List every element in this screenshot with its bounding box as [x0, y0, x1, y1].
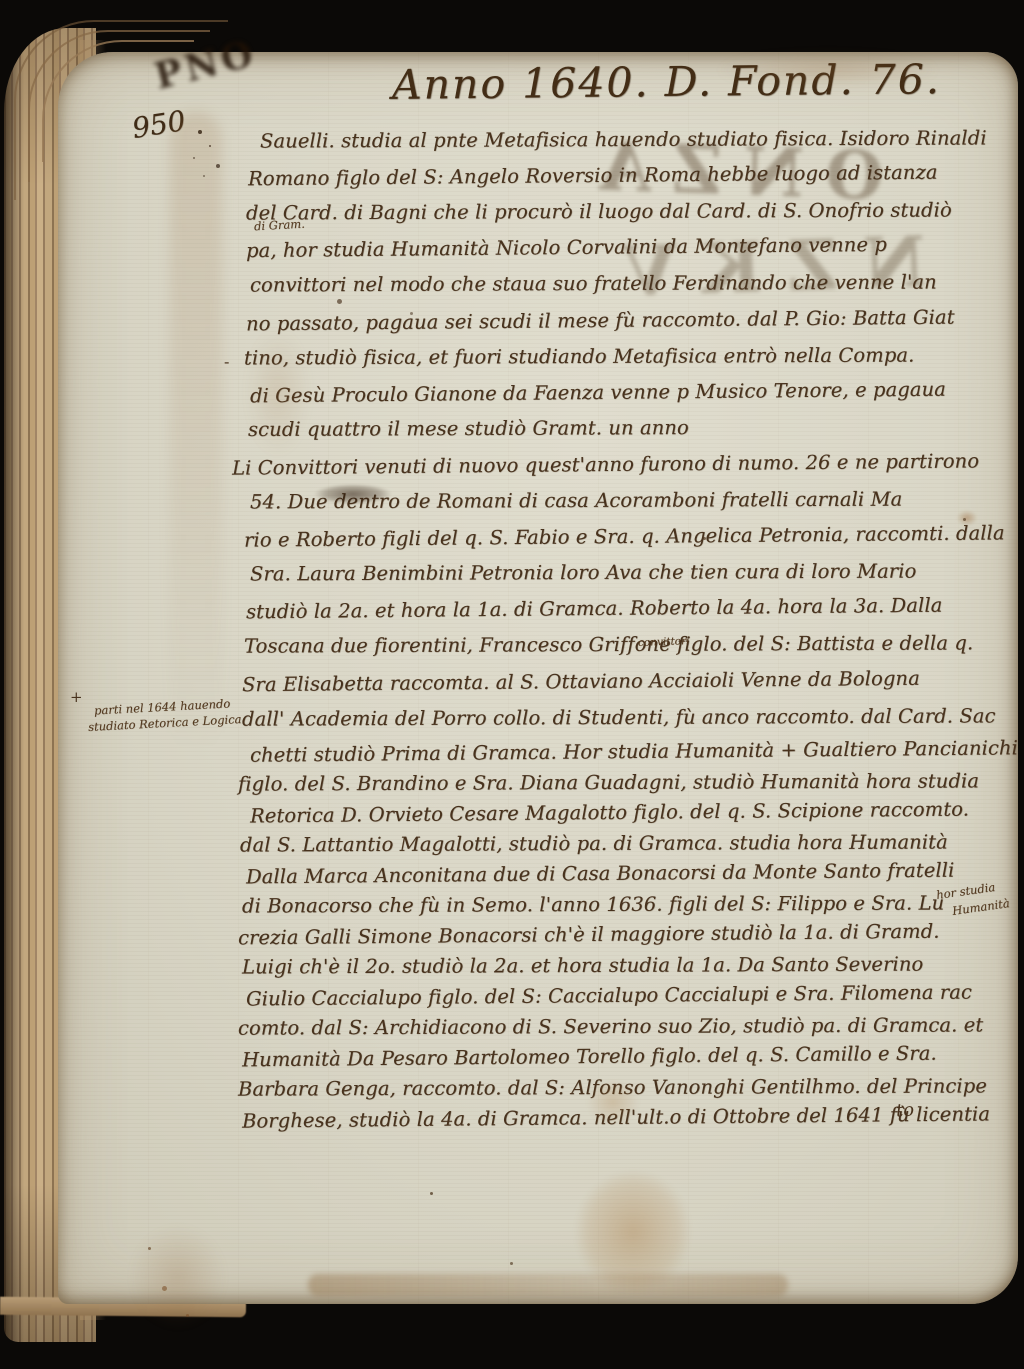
manuscript-line: pa, hor studia Humanità Nicolo Corvalini… — [246, 235, 887, 261]
manuscript-line: rio e Roberto figli del q. S. Fabio e Sr… — [244, 523, 1005, 550]
manuscript-line: Humanità Da Pesaro Bartolomeo Torello fi… — [242, 1044, 937, 1070]
manuscript-line: Sauelli. studia al pnte Metafisica hauen… — [260, 128, 987, 151]
manuscript-line: chetti studiò Prima di Gramca. Hor studi… — [250, 738, 1018, 765]
manuscript-line: dall' Academia del Porro collo. di Stude… — [242, 706, 996, 729]
manuscript-line: studiò la 2a. et hora la 1a. di Gramca. … — [246, 596, 943, 622]
manuscript-line: Dalla Marca Anconitana due di Casa Bonac… — [246, 861, 955, 887]
manuscript-line: Li Convittori venuti di nuovo quest'anno… — [232, 451, 979, 478]
manuscript-line: Retorica D. Orvieto Cesare Magalotto fig… — [250, 800, 969, 826]
manuscript-line: Borghese, studiò la 4a. di Gramca. nell'… — [242, 1104, 990, 1131]
fly-specks — [430, 1192, 433, 1195]
catchword: to — [895, 1099, 914, 1121]
manuscript-line: Toscana due fiorentini, Francesco Griffo… — [244, 634, 973, 657]
margin-dash: - — [224, 352, 229, 371]
manuscript-line: dal S. Lattantio Magalotti, studiò pa. d… — [240, 832, 948, 855]
manuscript-line: Barbara Genga, raccomto. dal S: Alfonso … — [238, 1076, 987, 1099]
manuscript-line: Sra Elisabetta raccomta. al S. Ottaviano… — [242, 668, 920, 694]
ink-strike-smudge — [314, 484, 392, 504]
manuscript-line: convittori nel modo che staua suo fratel… — [250, 273, 937, 295]
manuscript-line: di Gesù Proculo Gianone da Faenza venne … — [250, 379, 946, 405]
manuscript-page: ONZA NZKV Anno 1640. D. Fond. 76. 950 PN… — [58, 52, 1018, 1304]
manuscript-line: scudi quattro il mese studiò Gramt. un a… — [248, 418, 689, 439]
manuscript-line: figlo. del S. Brandino e Sra. Diana Guad… — [238, 771, 979, 794]
manuscript-line: tino, studiò fisica, et fuori studiando … — [244, 345, 914, 367]
manuscript-photo: ONZA NZKV Anno 1640. D. Fond. 76. 950 PN… — [0, 0, 1024, 1369]
manuscript-line: Luigi ch'è il 2o. studiò la 2a. et hora … — [242, 954, 923, 976]
interlinear-note: convittori — [638, 635, 690, 649]
manuscript-line: comto. dal S: Archidiacono di S. Severin… — [238, 1015, 983, 1038]
manuscript-line: crezia Galli Simone Bonacorsi ch'è il ma… — [238, 922, 940, 948]
manuscript-line: Giulio Caccialupo figlo. del S: Caccialu… — [246, 983, 972, 1009]
manuscript-line: del Card. di Bagni che li procurò il luo… — [246, 201, 952, 224]
manuscript-lines: Sauelli. studia al pnte Metafisica hauen… — [58, 52, 1018, 1304]
manuscript-line: no passato, pagaua sei scudi il mese fù … — [246, 307, 955, 333]
interlinear-note: di Gram. — [254, 217, 305, 234]
manuscript-line: di Bonacorso che fù in Semo. l'anno 1636… — [242, 893, 944, 916]
manuscript-line: Sra. Laura Benimbini Petronia loro Ava c… — [250, 562, 916, 584]
margin-plus-mark: + — [70, 688, 83, 706]
manuscript-line: Romano figlo del S: Angelo Roversio in R… — [248, 163, 938, 189]
